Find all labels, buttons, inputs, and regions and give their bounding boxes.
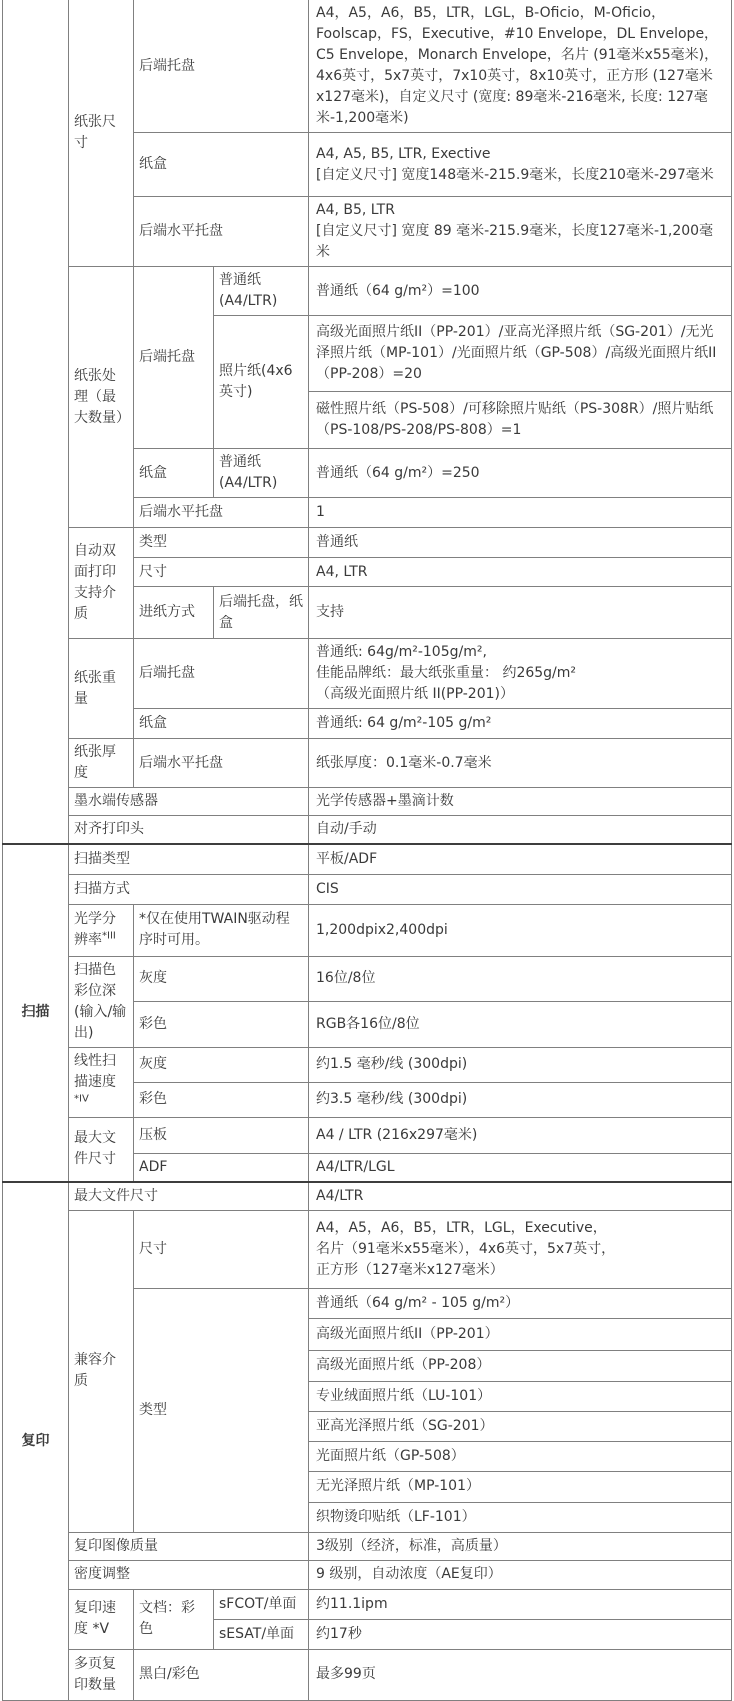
scan-platen-value: A4 / LTR (216x297毫米) [309,1117,732,1153]
paper-size-rear-flat-value: A4, B5, LTR [自定义尺寸] 宽度 89 毫米-215.9毫米，长度1… [309,197,732,267]
print-group-cell [3,0,69,844]
copy-media-type-2: 高级光面照片纸（PP-208） [309,1350,732,1381]
scan-type-value: 平板/ADF [309,844,732,874]
copy-density-label: 密度调整 [69,1560,309,1589]
copy-media-type-4: 亚高光泽照片纸（SG-201） [309,1411,732,1441]
copy-max-doc-value: A4/LTR [309,1182,732,1211]
line-speed-gray-value: 约1.5 毫秒/线 (300dpi) [309,1047,732,1082]
color-depth-category: 扫描色彩位深 (输入/输出) [69,956,134,1047]
table-row: 兼容介质 尺寸 A4，A5，A6，B5，LTR，LGL，Executive， 名… [3,1210,732,1288]
table-row: 扫描色彩位深 (输入/输出) 灰度 16位/8位 [3,956,732,1002]
duplex-size-value: A4, LTR [309,558,732,587]
copy-sesat-label: sESAT/单面 [214,1619,309,1649]
line-speed-color-value: 约3.5 毫秒/线 (300dpi) [309,1082,732,1117]
copy-multi-mode-label: 黑白/彩色 [134,1649,309,1700]
table-row: 复印图像质量 3级别（经济，标准，高质量） [3,1532,732,1560]
color-depth-color-value: RGB各16位/8位 [309,1002,732,1048]
scan-method-value: CIS [309,874,732,904]
paper-weight-category: 纸张重量 [69,639,134,739]
line-speed-category: 线性扫描速度*IV [69,1047,134,1117]
copy-media-category: 兼容介质 [69,1210,134,1532]
duplex-size-label: 尺寸 [134,558,309,587]
handling-photo-label: 照片纸(4x6英寸) [214,316,309,449]
copy-quality-label: 复印图像质量 [69,1532,309,1560]
handling-cassette-plain-label: 普通纸(A4/LTR) [214,449,309,498]
paper-size-rear-flat-label: 后端水平托盘 [134,197,309,267]
print-head-alignment-value: 自动/手动 [309,816,732,845]
table-row: 密度调整 9 级别，自动浓度（AE复印） [3,1560,732,1589]
scan-platen-label: 压板 [134,1117,309,1153]
paper-size-cassette-label: 纸盒 [134,133,309,197]
paper-thickness-category: 纸张厚度 [69,739,134,788]
table-row: 线性扫描速度*IV 灰度 约1.5 毫秒/线 (300dpi) [3,1047,732,1082]
table-row: 光学分辨率*III *仅在使用TWAIN驱动程序时可用。 1,200dpix2,… [3,904,732,956]
ink-sensor-value: 光学传感器+墨滴计数 [309,788,732,816]
scan-adf-value: A4/LTR/LGL [309,1153,732,1182]
optical-resolution-value: 1,200dpix2,400dpi [309,904,732,956]
duplex-type-value: 普通纸 [309,528,732,558]
copy-media-type-1: 高级光面照片纸II（PP-201） [309,1318,732,1350]
copy-sfcot-label: sFCOT/单面 [214,1589,309,1619]
copy-speed-category: 复印速度 *V [69,1589,134,1649]
weight-cassette-label: 纸盒 [134,709,309,739]
scan-method-label: 扫描方式 [69,874,309,904]
spec-table: 纸张尺寸 后端托盘 A4，A5，A6，B5，LTR，LGL，B-Oficio，M… [2,0,732,1701]
line-speed-text: 线性扫描速度 [74,1053,116,1090]
copy-media-type-5: 光面照片纸（GP-508） [309,1441,732,1471]
duplex-feed-value: 支持 [309,587,732,639]
table-row: 对齐打印头 自动/手动 [3,816,732,845]
copy-speed-doc-label: 文档：彩色 [134,1589,214,1649]
footnote-marker-iv: *IV [74,1093,89,1104]
copy-max-doc-label: 最大文件尺寸 [69,1182,309,1211]
handling-rear-flat-value: 1 [309,498,732,528]
handling-photo-value-2: 磁性照片纸（PS-508）/可移除照片贴纸（PS-308R）/照片贴纸（PS-1… [309,392,732,449]
color-depth-gray-value: 16位/8位 [309,956,732,1002]
table-row: 墨水端传感器 光学传感器+墨滴计数 [3,788,732,816]
paper-size-rear-tray-label: 后端托盘 [134,0,309,133]
thickness-value: 纸张厚度：0.1毫米-0.7毫米 [309,739,732,788]
copy-media-size-value: A4，A5，A6，B5，LTR，LGL，Executive， 名片（91毫米x5… [309,1210,732,1288]
paper-handling-category: 纸张处理（最大数量） [69,267,134,528]
copy-sesat-value: 约17秒 [309,1619,732,1649]
ink-sensor-label: 墨水端传感器 [69,788,309,816]
duplex-feed-label: 进纸方式 [134,587,214,639]
table-row: 纸张尺寸 后端托盘 A4，A5，A6，B5，LTR，LGL，B-Oficio，M… [3,0,732,133]
copy-media-type-label: 类型 [134,1288,309,1532]
table-row: 纸张处理（最大数量） 后端托盘 普通纸(A4/LTR) 普通纸（64 g/m²）… [3,267,732,316]
handling-cassette-value: 普通纸（64 g/m²）=250 [309,449,732,498]
table-row: 纸张重量 后端托盘 普通纸: 64g/m²-105g/m², 佳能品牌纸：最大纸… [3,639,732,709]
copy-group-cell: 复印 [3,1182,69,1701]
thickness-tray-label: 后端水平托盘 [134,739,309,788]
copy-density-value: 9 级别，自动浓度（AE复印） [309,1560,732,1589]
copy-quality-value: 3级别（经济，标准，高质量） [309,1532,732,1560]
scan-adf-label: ADF [134,1153,309,1182]
paper-size-rear-tray-value: A4，A5，A6，B5，LTR，LGL，B-Oficio，M-Oficio，Fo… [309,0,732,133]
table-row: 最大文件尺寸 压板 A4 / LTR (216x297毫米) [3,1117,732,1153]
scan-group-cell: 扫描 [3,844,69,1182]
table-row: 多页复印数量 黑白/彩色 最多99页 [3,1649,732,1700]
footnote-marker-iii: *III [102,930,116,941]
handling-plain-value: 普通纸（64 g/m²）=100 [309,267,732,316]
handling-rear-tray-label: 后端托盘 [134,267,214,449]
line-speed-gray-label: 灰度 [134,1047,309,1082]
copy-media-type-3: 专业绒面照片纸（LU-101） [309,1381,732,1411]
weight-cassette-value: 普通纸: 64 g/m²-105 g/m² [309,709,732,739]
handling-photo-value-1: 高级光面照片纸II（PP-201）/亚高光泽照片纸（SG-201）/无光泽照片纸… [309,316,732,392]
optical-resolution-label: 光学分辨率*III [69,904,134,956]
print-head-alignment-label: 对齐打印头 [69,816,309,845]
table-row: 复印速度 *V 文档：彩色 sFCOT/单面 约11.1ipm [3,1589,732,1619]
color-depth-gray-label: 灰度 [134,956,309,1002]
table-row: 纸张厚度 后端水平托盘 纸张厚度：0.1毫米-0.7毫米 [3,739,732,788]
weight-rear-tray-value: 普通纸: 64g/m²-105g/m², 佳能品牌纸：最大纸张重量： 约265g… [309,639,732,709]
scan-type-label: 扫描类型 [69,844,309,874]
copy-media-type-0: 普通纸（64 g/m² - 105 g/m²） [309,1288,732,1318]
line-speed-color-label: 彩色 [134,1082,309,1117]
handling-cassette-label: 纸盒 [134,449,214,498]
handling-plain-label: 普通纸(A4/LTR) [214,267,309,316]
table-row: 自动双面打印支持介质 类型 普通纸 [3,528,732,558]
handling-rear-flat-label: 后端水平托盘 [134,498,309,528]
copy-multi-value: 最多99页 [309,1649,732,1700]
paper-size-category: 纸张尺寸 [69,0,134,267]
paper-size-cassette-value: A4, A5, B5, LTR, Exective [自定义尺寸] 宽度148毫… [309,133,732,197]
color-depth-color-label: 彩色 [134,1002,309,1048]
table-row: 复印 最大文件尺寸 A4/LTR [3,1182,732,1211]
weight-rear-tray-label: 后端托盘 [134,639,309,709]
scan-max-doc-category: 最大文件尺寸 [69,1117,134,1182]
copy-media-type-7: 织物烫印贴纸（LF-101） [309,1502,732,1532]
duplex-type-label: 类型 [134,528,309,558]
optical-resolution-note: *仅在使用TWAIN驱动程序时可用。 [134,904,309,956]
duplex-feed-source: 后端托盘，纸盒 [214,587,309,639]
table-row: 扫描方式 CIS [3,874,732,904]
duplex-category: 自动双面打印支持介质 [69,528,134,639]
copy-sfcot-value: 约11.1ipm [309,1589,732,1619]
copy-media-type-6: 无光泽照片纸（MP-101） [309,1471,732,1502]
copy-multi-category: 多页复印数量 [69,1649,134,1700]
table-row: 扫描 扫描类型 平板/ADF [3,844,732,874]
copy-media-size-label: 尺寸 [134,1210,309,1288]
